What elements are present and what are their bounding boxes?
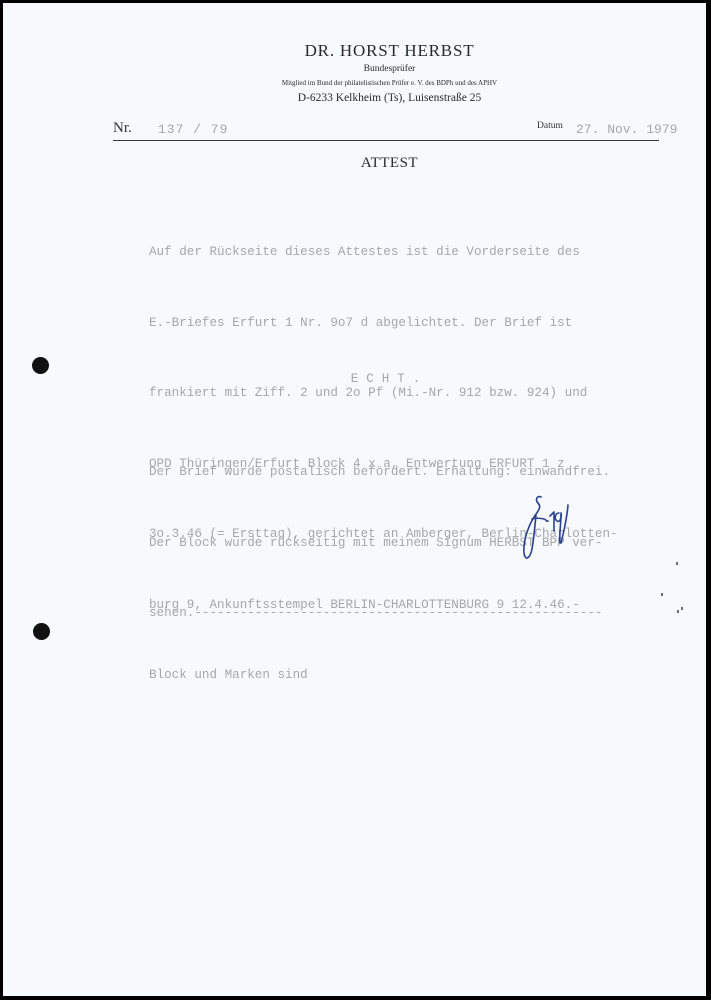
document-heading: ATTEST xyxy=(3,155,711,172)
closing-line: Der Brief wurde postalisch befördert. Er… xyxy=(149,461,610,485)
punch-hole xyxy=(32,357,49,374)
letterhead-title: Bundesprüfer xyxy=(3,64,711,74)
reference-number-label: Nr. xyxy=(113,120,132,137)
reference-underline-divider xyxy=(113,140,659,141)
punch-hole xyxy=(33,623,50,640)
paper-speck xyxy=(661,593,663,596)
letterhead-address: D-6233 Kelkheim (Ts), Luisenstraße 25 xyxy=(3,92,711,104)
letterhead-membership: Mitglied im Bund der philatelistischen P… xyxy=(3,79,711,87)
date-label: Datum xyxy=(537,121,563,131)
body-line: Auf der Rückseite dieses Attestes ist di… xyxy=(149,241,618,265)
paper-speck xyxy=(676,562,678,565)
date-value: 27. Nov. 1979 xyxy=(576,122,677,137)
letterhead-name: DR. HORST HERBST xyxy=(3,41,711,61)
reference-number-value: 137 / 79 xyxy=(158,122,228,137)
paper-speck xyxy=(677,610,679,613)
closing-line: sehen.----------------------------------… xyxy=(149,602,610,626)
signature-icon xyxy=(516,491,576,566)
paper-speck xyxy=(681,607,683,610)
verdict-text: ECHT. xyxy=(3,372,711,386)
attest-document-page: DR. HORST HERBST Bundesprüfer Mitglied i… xyxy=(3,3,706,996)
body-line: E.-Briefes Erfurt 1 Nr. 9o7 d abgelichte… xyxy=(149,312,618,336)
